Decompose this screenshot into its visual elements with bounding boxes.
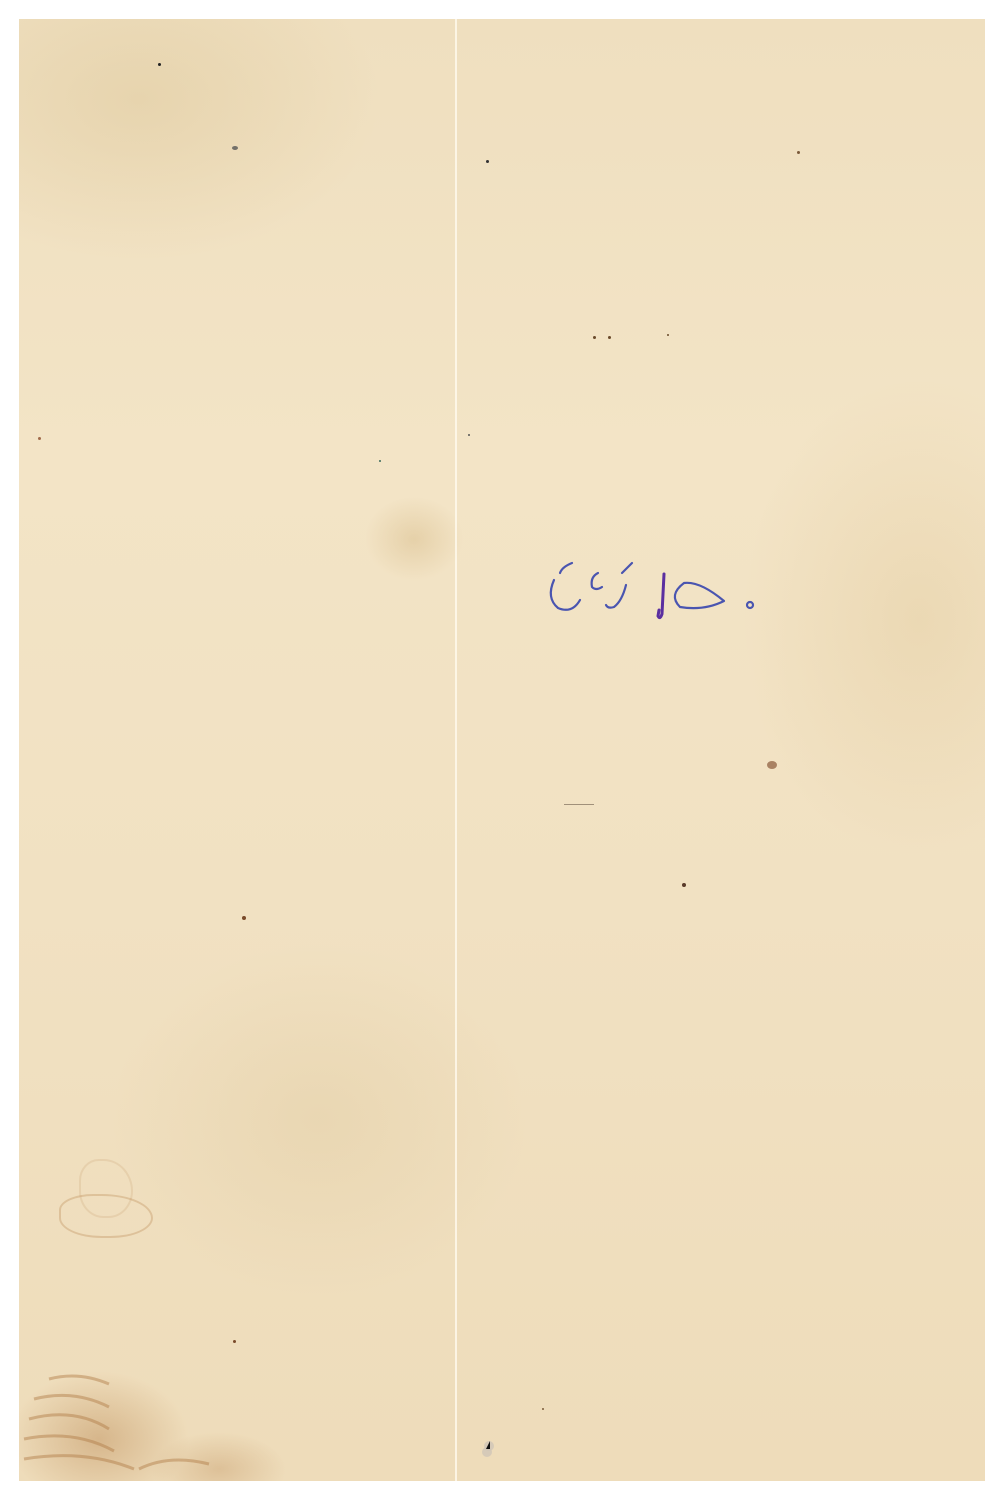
ink-speck	[682, 883, 686, 887]
ink-speck	[797, 151, 800, 154]
stain-speck	[767, 761, 777, 769]
ink-speck	[379, 460, 381, 462]
ink-speck	[593, 336, 596, 339]
handwriting-strokes	[540, 555, 760, 630]
handwritten-annotation: ن ر ر ١ ٥ ٥	[540, 555, 760, 630]
center-fold-line	[455, 19, 457, 1481]
binding-hole	[480, 1440, 496, 1458]
ink-speck	[486, 160, 489, 163]
ink-speck	[233, 1340, 236, 1343]
ink-speck	[608, 336, 611, 339]
ink-speck	[564, 804, 594, 805]
ink-speck	[667, 334, 669, 336]
ink-speck	[242, 916, 246, 920]
fingerprint-stain	[19, 1359, 219, 1481]
scanned-page	[19, 19, 985, 1481]
ink-speck	[38, 437, 41, 440]
ink-speck	[158, 63, 161, 66]
ink-speck	[468, 434, 470, 436]
ink-speck	[232, 146, 238, 150]
water-stain	[79, 1159, 133, 1218]
ink-speck	[542, 1408, 544, 1410]
